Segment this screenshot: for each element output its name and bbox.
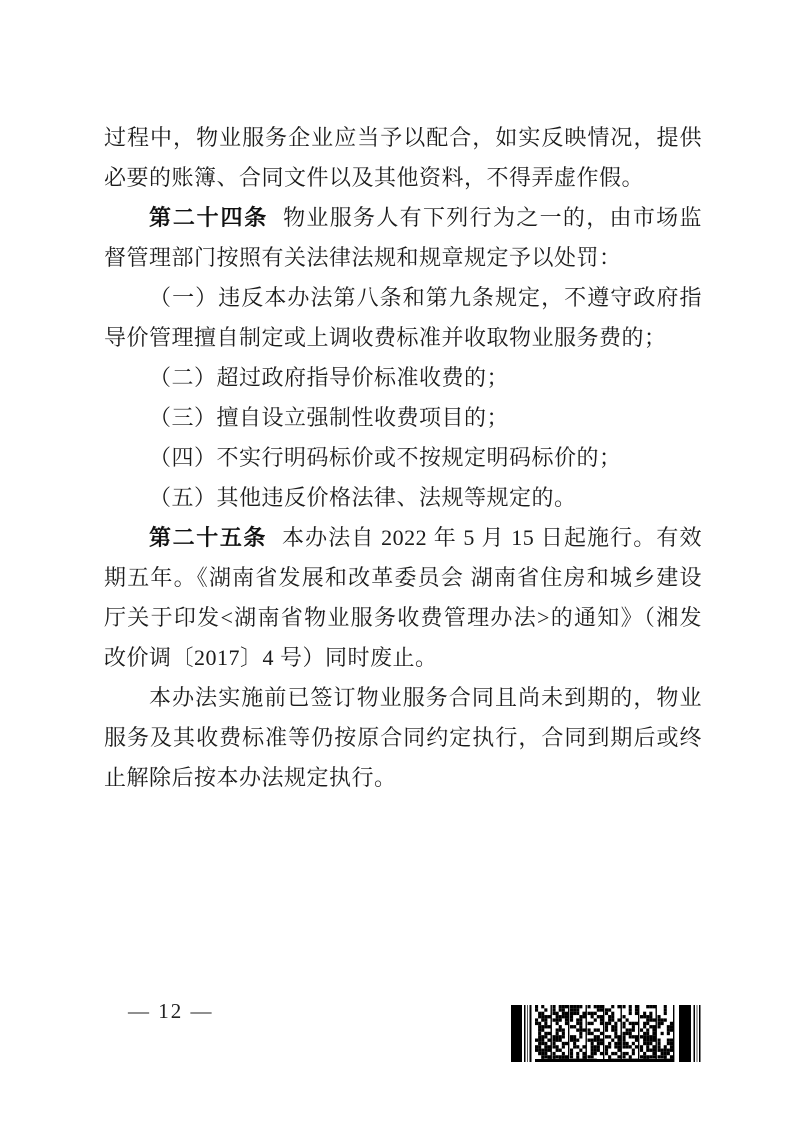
article-term: 第二十四条 xyxy=(149,205,268,230)
paragraph: 第二十四条物业服务人有下列行为之一的，由市场监督管理部门按照有关法律法规和规章规… xyxy=(104,198,702,278)
barcode-image xyxy=(511,1005,701,1062)
paragraph: 过程中，物业服务企业应当予以配合，如实反映情况，提供必要的账簿、合同文件以及其他… xyxy=(104,118,702,198)
page-number: — 12 — xyxy=(128,999,214,1024)
article-term: 第二十五条 xyxy=(149,525,267,550)
document-body: 过程中，物业服务企业应当予以配合，如实反映情况，提供必要的账簿、合同文件以及其他… xyxy=(104,118,702,798)
paragraph: （五）其他违反价格法律、法规等规定的。 xyxy=(104,478,702,518)
paragraph: （一）违反本办法第八条和第九条规定，不遵守政府指导价管理擅自制定或上调收费标准并… xyxy=(104,278,702,358)
paragraph: （三）擅自设立强制性收费项目的； xyxy=(104,398,702,438)
document-page: 过程中，物业服务企业应当予以配合，如实反映情况，提供必要的账簿、合同文件以及其他… xyxy=(0,0,793,1122)
paragraph: 第二十五条本办法自 2022 年 5 月 15 日起施行。有效期五年。《湖南省发… xyxy=(104,518,702,678)
paragraph: 本办法实施前已签订物业服务合同且尚未到期的，物业服务及其收费标准等仍按原合同约定… xyxy=(104,678,702,798)
paragraph: （四）不实行明码标价或不按规定明码标价的； xyxy=(104,438,702,478)
paragraph: （二）超过政府指导价标准收费的； xyxy=(104,358,702,398)
